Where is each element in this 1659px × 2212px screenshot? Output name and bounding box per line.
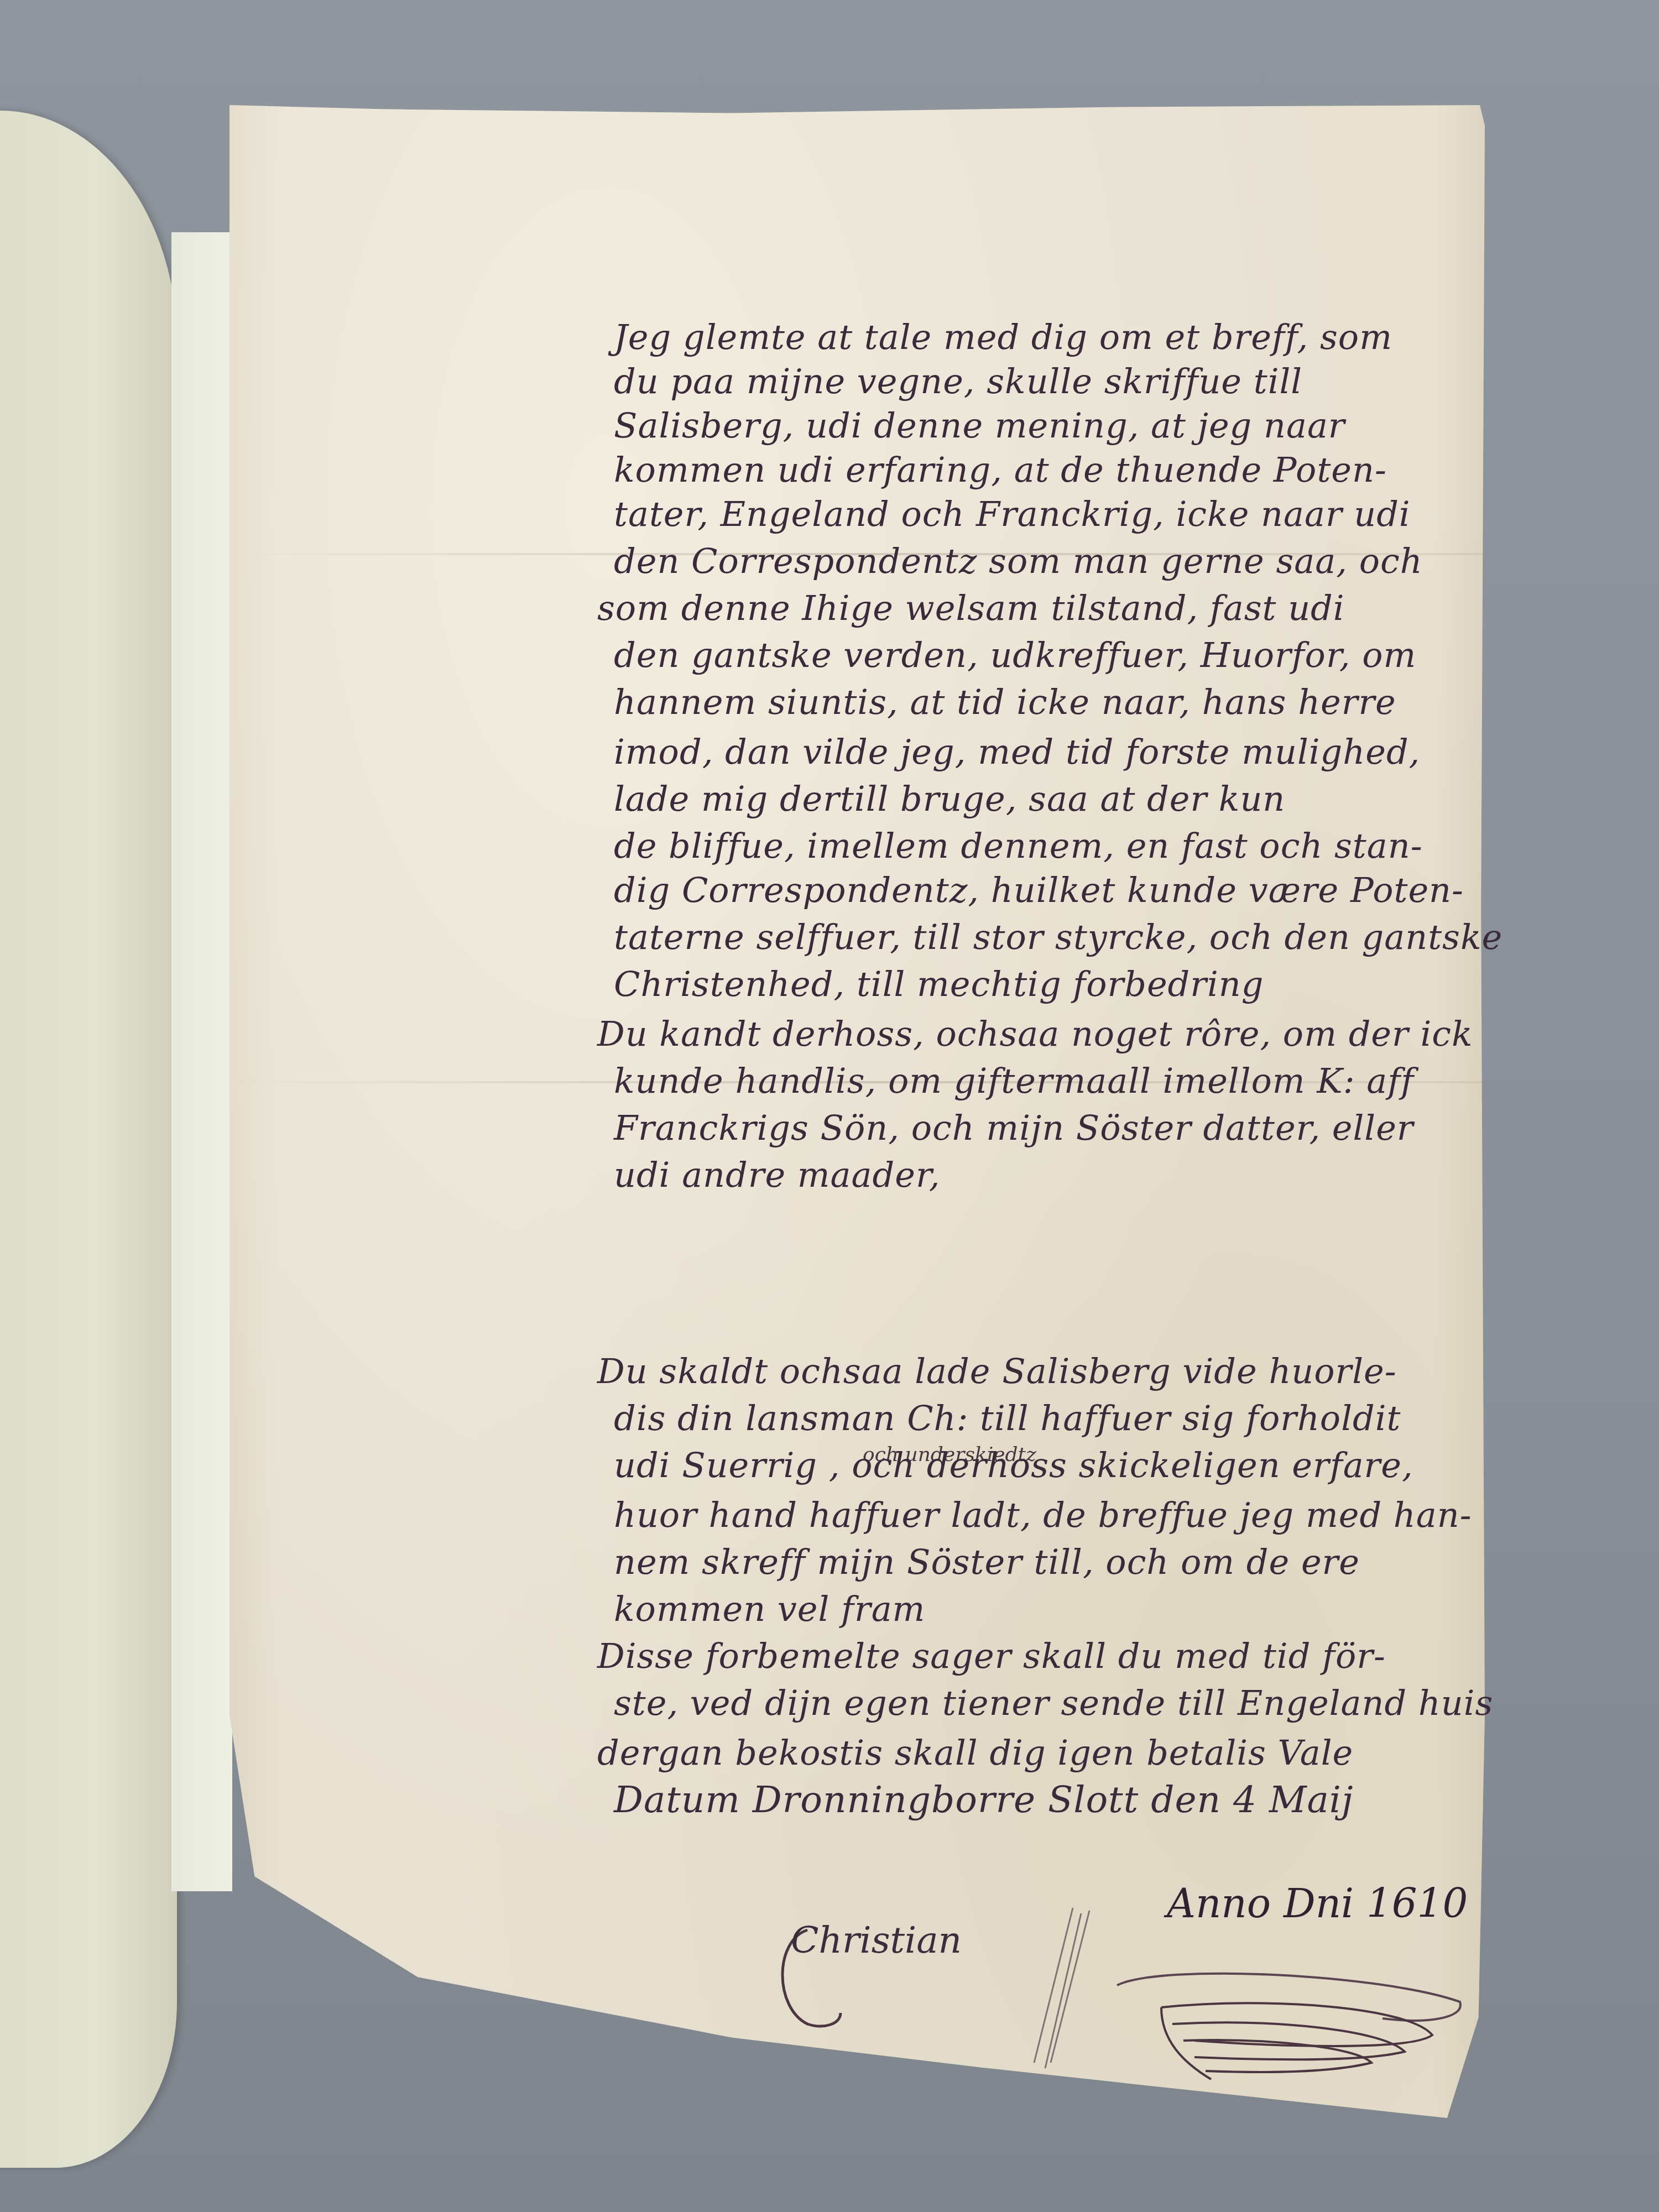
- letter-line: dergan bekostis skall dig igen betalis V…: [597, 1731, 1471, 1775]
- letter-line: kommen udi erfaring, at de thuende Poten…: [614, 448, 1488, 492]
- letter-line: huor hand haffuer ladt, de breffue jeg m…: [614, 1493, 1488, 1537]
- letter-line: du paa mijne vegne, skulle skriffue till: [614, 359, 1488, 404]
- letter-line: udi andre maader,: [614, 1153, 1488, 1197]
- letter-line: den gantske verden, udkreffuer, Huorfor,…: [614, 633, 1488, 677]
- letter-line: Du skaldt ochsaa lade Salisberg vide huo…: [597, 1349, 1471, 1394]
- letter-line: kommen vel fram: [614, 1587, 1488, 1631]
- letter-line: ste, ved dijn egen tiener sende till Eng…: [614, 1681, 1488, 1725]
- letter-line: Salisberg, udi denne mening, at jeg naar: [614, 404, 1488, 448]
- letter-line: den Correspondentz som man gerne saa, oc…: [614, 539, 1488, 583]
- letter-line: taterne selffuer, till stor styrcke, och…: [614, 915, 1488, 959]
- letter-line: som denne Ihige welsam tilstand, fast ud…: [597, 586, 1471, 630]
- letter-line: dig Correspondentz, huilket kunde være P…: [614, 868, 1488, 912]
- letter-line: nem skreff mijn Söster till, och om de e…: [614, 1540, 1488, 1584]
- letter-line: dis din lansman Ch: till haffuer sig for…: [614, 1396, 1488, 1441]
- letter-line: de bliffue, imellem dennem, en fast och …: [614, 824, 1488, 868]
- letter-line: Jeg glemte at tale med dig om et breff, …: [614, 315, 1488, 359]
- letter-line: udi Suerrig , och derhoss skickeligen er…: [614, 1443, 1488, 1488]
- letter-line: Franckrigs Sön, och mijn Söster datter, …: [614, 1106, 1488, 1150]
- letter-line: Christenhed, till mechtig forbedring: [614, 962, 1488, 1006]
- letter-line: kunde handlis, om giftermaall imellom K:…: [614, 1059, 1488, 1103]
- letter-line: Du kandt derhoss, ochsaa noget rôre, om …: [597, 1012, 1471, 1056]
- letter-line: Disse forbemelte sager skall du med tid …: [597, 1634, 1471, 1678]
- letter-line: lade mig dertill bruge, saa at der kun: [614, 777, 1488, 821]
- signature: Christian: [791, 1919, 962, 1961]
- letter-line: imod, dan vilde jeg, med tid forste muli…: [614, 730, 1488, 774]
- letter-body: Jeg glemte at tale med dig om et breff, …: [0, 0, 1659, 2212]
- letter-line: tater, Engeland och Franckrig, icke naar…: [614, 492, 1488, 536]
- letter-line: hannem siuntis, at tid icke naar, hans h…: [614, 680, 1488, 724]
- date-line: Datum Dronningborre Slott den 4 Maij: [614, 1778, 1488, 1822]
